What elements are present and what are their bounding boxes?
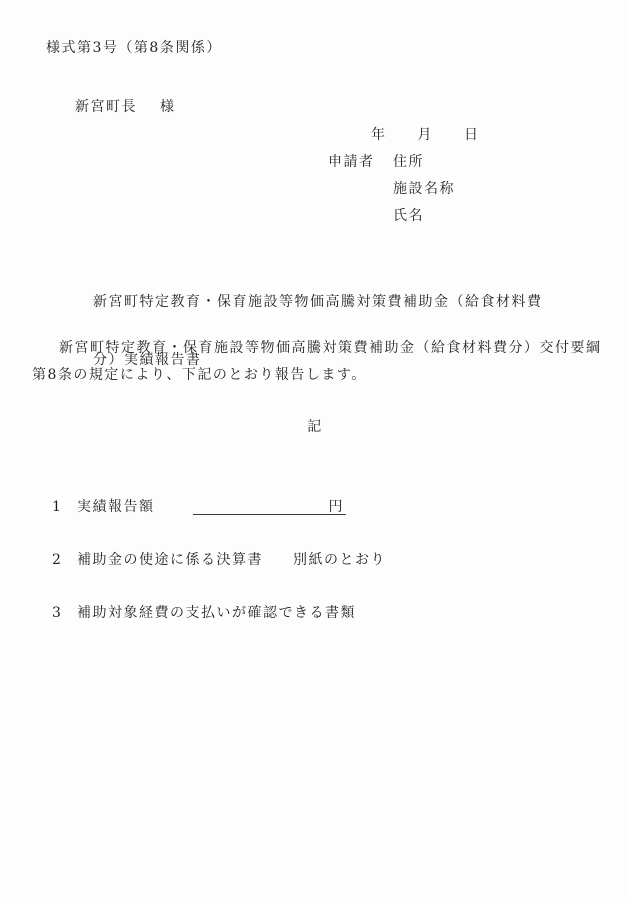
item1-number: 1 [52,500,62,515]
applicant-field-name: 氏名 [393,209,424,224]
item3-number: 3 [52,606,62,621]
date-line: 年 月 日 [371,128,480,143]
addressee-name: 新宮町長 [75,99,137,115]
form-number: 様式第3号（第8条関係） [46,41,222,56]
item3-label: 補助対象経費の支払いが確認できる書類 [77,606,356,621]
record-marker: 記 [0,420,630,435]
applicant-label: 申請者 [328,155,375,170]
item2-value: 別紙のとおり [293,553,386,568]
item1-amount-unit: 円 [329,499,347,515]
applicant-field-address: 住所 [393,155,424,170]
document-page: 様式第3号（第8条関係） 新宮町長様 年 月 日 申請者 住所 施設名称 氏名 … [0,0,630,903]
item2-number: 2 [52,553,62,568]
body-paragraph-line2: 第8条の規定により、下記のとおり報告します。 [32,368,367,383]
body-paragraph-line1: 新宮町特定教育・保育施設等物価高騰対策費補助金（給食材料費分）交付要綱 [59,341,602,356]
addressee-honorific: 様 [160,100,176,115]
item1-amount-blank-line: 円 [193,500,346,515]
addressee-line: 新宮町長様 [75,100,137,115]
document-title-line1: 新宮町特定教育・保育施設等物価高騰対策費補助金（給食材料費 [93,289,543,317]
item2-label: 補助金の使途に係る決算書 [77,553,263,568]
applicant-field-facility-name: 施設名称 [393,182,455,197]
item1-label: 実績報告額 [77,500,155,515]
